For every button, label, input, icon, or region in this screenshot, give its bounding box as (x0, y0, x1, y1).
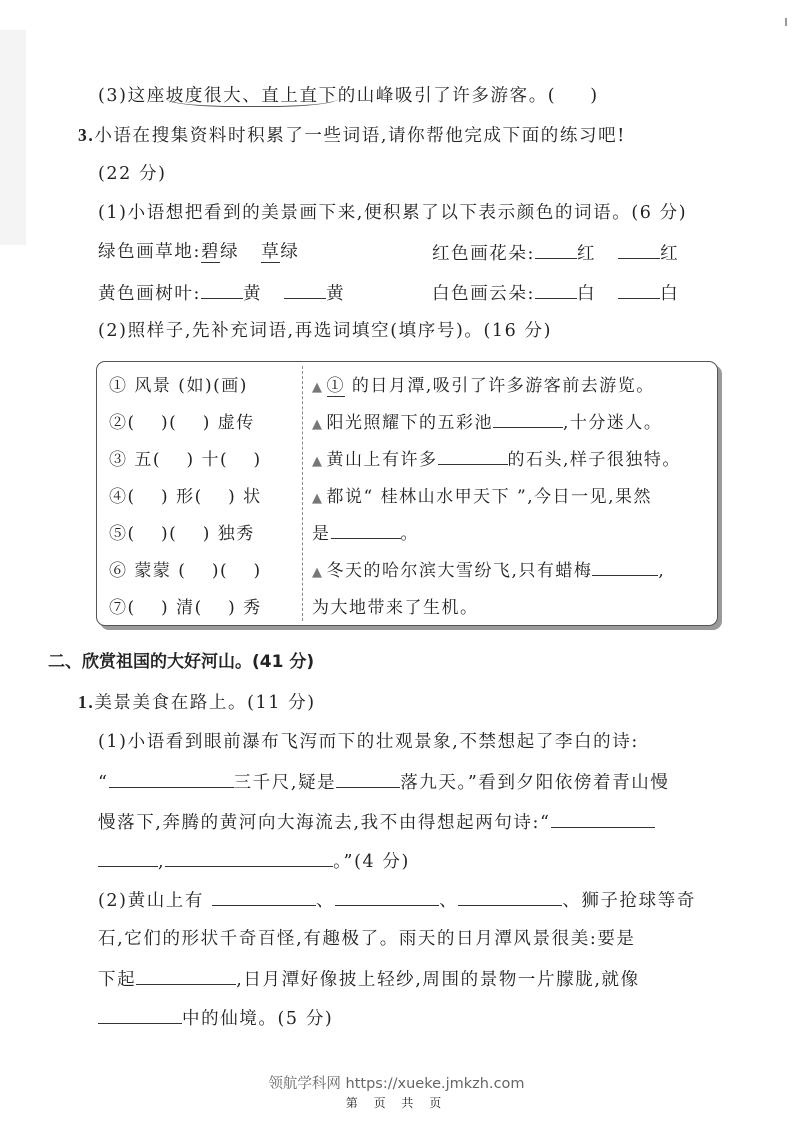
idiom-item[interactable]: ②( )( ) 虚传 (109, 405, 299, 442)
q3-points: (22 分) (98, 162, 167, 186)
s2-q1-part2-line3: 下起,日月潭好像披上轻纱,周围的景物一片朦胧,就像 (98, 966, 640, 992)
q2-item3-suffix: 的山峰吸引了许多游客。( (338, 86, 557, 106)
color-row-white: 白色画云朵:白白 (432, 280, 679, 306)
answer-blank[interactable] (335, 887, 439, 906)
color-row-label: 绿色画草地: (98, 242, 201, 262)
color-row-green: 绿色画草地:碧绿草绿 (98, 240, 299, 264)
poem-text: 三千尺,疑是 (234, 773, 337, 793)
q2-item3-close: ) (590, 86, 598, 106)
answer-blank[interactable] (535, 280, 577, 299)
sentence-item: ▲冬天的哈尔滨大雪纷飞,只有蜡梅, (312, 553, 712, 590)
color-row-yellow: 黄色画树叶:黄黄 (98, 280, 345, 306)
idiom-item[interactable]: ⑥ 蒙蒙 ( )( ) (109, 553, 299, 590)
sentence-item: ▲黄山上有许多的石头,样子很独特。 (312, 442, 712, 479)
idiom-item[interactable]: ⑤( )( ) 独秀 (109, 516, 299, 553)
color-suffix: 白 (577, 284, 596, 304)
idiom-item[interactable]: ③ 五( ) 十( ) (109, 442, 299, 479)
triangle-bullet-icon: ▲ (312, 454, 324, 469)
paragraph-text: 。”(4 分) (333, 852, 410, 872)
punct: 、 (316, 891, 335, 911)
sentence-item: ▲都说“ 桂林山水甲天下 ”,今日一见,果然 (312, 479, 712, 516)
sentence-text: 的日月潭,吸引了许多游客前去游览。 (345, 376, 655, 396)
idiom-item[interactable]: ① 风景 (如)(画) (109, 368, 299, 405)
example-answer: ① (327, 376, 346, 397)
sentence-text: 都说“ 桂林山水甲天下 ”,今日一见,果然 (327, 487, 653, 507)
answer-blank[interactable] (592, 557, 658, 576)
idiom-item[interactable]: ⑦( ) 清( ) 秀 (109, 590, 299, 627)
idiom-item[interactable]: ④( ) 形( ) 状 (109, 479, 299, 516)
q2-item3-prefix: (3)这座 (98, 86, 166, 106)
sentence-list: ▲① 的日月潭,吸引了许多游客前去游览。 ▲阳光照耀下的五彩池,十分迷人。 ▲黄… (312, 368, 712, 627)
triangle-bullet-icon: ▲ (312, 380, 324, 395)
s2-q1-part2-line4: 中的仙境。(5 分) (98, 1005, 333, 1031)
sentence-text: 阳光照耀下的五彩池 (327, 413, 494, 433)
answer-blank[interactable] (284, 280, 326, 299)
paragraph-text: 下起 (98, 970, 136, 990)
section-2-title: 二、欣赏祖国的大好河山。(41 分) (48, 650, 314, 674)
sentence-text: ,十分迷人。 (563, 413, 662, 433)
answer-blank[interactable] (165, 848, 333, 867)
answer-blank[interactable] (98, 1005, 182, 1024)
sentence-text: 为大地带来了生机。 (312, 598, 479, 618)
color-row-label: 红色画花朵: (432, 244, 535, 264)
answer-blank[interactable] (98, 848, 158, 867)
paragraph-text: ,日月潭好像披上轻纱,周围的景物一片朦胧,就像 (236, 970, 640, 990)
dashed-divider (302, 366, 303, 621)
page-number: 第 页 共 页 (0, 1094, 793, 1111)
punct: , (158, 852, 165, 872)
color-suffix: 红 (577, 244, 596, 264)
answer-blank[interactable] (493, 409, 563, 428)
sentence-text: 的石头,样子很独特。 (508, 450, 681, 470)
watermark: 领航学科网 https://xueke.jmkzh.com (0, 1072, 793, 1093)
color-suffix: 白 (660, 284, 679, 304)
scan-margin-strip (0, 30, 26, 245)
answer-blank[interactable] (109, 769, 234, 788)
q2-item3: (3)这座坡度很大、直上直下的山峰吸引了许多游客。() (98, 84, 599, 108)
answer-blank[interactable] (336, 769, 400, 788)
answer-blank[interactable] (331, 520, 401, 539)
q3-prompt: 小语在搜集资料时积累了一些词语,请你帮他完成下面的练习吧! (94, 126, 626, 146)
q3-part1-prompt: (1)小语想把看到的美景画下来,便积累了以下表示颜色的词语。(6 分) (98, 201, 687, 225)
answer-blank[interactable] (618, 240, 660, 259)
answer-blank[interactable] (201, 280, 243, 299)
answer-blank[interactable] (438, 446, 508, 465)
s2-q1-part1-line1: (1)小语看到眼前瀑布飞泻而下的壮观景象,不禁想起了李白的诗: (98, 730, 639, 754)
triangle-bullet-icon: ▲ (312, 417, 324, 432)
idiom-box: ① 风景 (如)(画) ②( )( ) 虚传 ③ 五( ) 十( ) ④( ) … (96, 361, 718, 626)
answer-blank[interactable] (212, 887, 316, 906)
paragraph-text: 中的仙境。(5 分) (182, 1009, 333, 1029)
s2-q1-part1-line4: ,。”(4 分) (98, 848, 410, 874)
answer-blank[interactable] (535, 240, 577, 259)
idiom-list: ① 风景 (如)(画) ②( )( ) 虚传 ③ 五( ) 十( ) ④( ) … (109, 368, 299, 627)
quote-open: “ (98, 773, 109, 793)
s2-q1-part1-line2: “三千尺,疑是落九天。”看到夕阳依傍着青山慢 (98, 769, 669, 795)
poem-text: 落九天。”看到夕阳依傍着青山慢 (400, 773, 669, 793)
color-suffix: 黄 (326, 284, 345, 304)
example-char: 碧 (201, 242, 220, 263)
answer-blank[interactable] (551, 809, 655, 828)
example-char-rest: 绿 (220, 242, 239, 262)
q3-part2-prompt: (2)照样子,先补充词语,再选词填空(填序号)。(16 分) (98, 319, 552, 343)
q3-number: 3. (78, 125, 94, 145)
sentence-item: ▲① 的日月潭,吸引了许多游客前去游览。 (312, 368, 712, 405)
answer-blank[interactable] (618, 280, 660, 299)
triangle-bullet-icon: ▲ (312, 565, 324, 580)
q2-item3-underlined: 坡度很大、直上直下 (166, 86, 338, 107)
answer-blank[interactable] (136, 966, 236, 985)
sentence-item: 是。 (312, 516, 712, 553)
example-char-rest: 绿 (280, 242, 299, 262)
s2-q1-number: 1. (78, 692, 94, 712)
sentence-text: 冬天的哈尔滨大雪纷飞,只有蜡梅 (327, 561, 593, 581)
color-row-label: 黄色画树叶: (98, 284, 201, 304)
paragraph-text: 、狮子抢球等奇 (562, 891, 696, 911)
paragraph-text: 慢落下,奔腾的黄河向大海流去,我不由得想起两句诗:“ (98, 813, 551, 833)
sentence-text: , (658, 561, 665, 581)
answer-blank[interactable] (458, 887, 562, 906)
sentence-item: 为大地带来了生机。 (312, 590, 712, 627)
sentence-text: 。 (401, 524, 420, 544)
color-suffix: 红 (660, 244, 679, 264)
sentence-text: 是 (312, 524, 331, 544)
punct: 、 (439, 891, 458, 911)
corner-mark (785, 18, 787, 26)
s2-q1-part2-line2: 石,它们的形状千奇百怪,有趣极了。雨天的日月潭风景很美:要是 (98, 927, 636, 951)
s2-q1-title: 美景美食在路上。(11 分) (94, 693, 315, 713)
color-suffix: 黄 (243, 284, 262, 304)
q3-heading: 3.小语在搜集资料时积累了一些词语,请你帮他完成下面的练习吧! (78, 123, 626, 148)
sentence-text: 黄山上有许多 (327, 450, 438, 470)
s2-q1-heading: 1.美景美食在路上。(11 分) (78, 690, 316, 715)
color-row-red: 红色画花朵:红红 (432, 240, 679, 266)
color-row-label: 白色画云朵: (432, 284, 535, 304)
triangle-bullet-icon: ▲ (312, 491, 324, 506)
s2-q1-part1-line3: 慢落下,奔腾的黄河向大海流去,我不由得想起两句诗:“ (98, 809, 655, 835)
example-char: 草 (261, 242, 280, 263)
paragraph-text: (2)黄山上有 (98, 891, 204, 911)
sentence-item: ▲阳光照耀下的五彩池,十分迷人。 (312, 405, 712, 442)
s2-q1-part2-line1: (2)黄山上有、、、狮子抢球等奇 (98, 887, 696, 913)
